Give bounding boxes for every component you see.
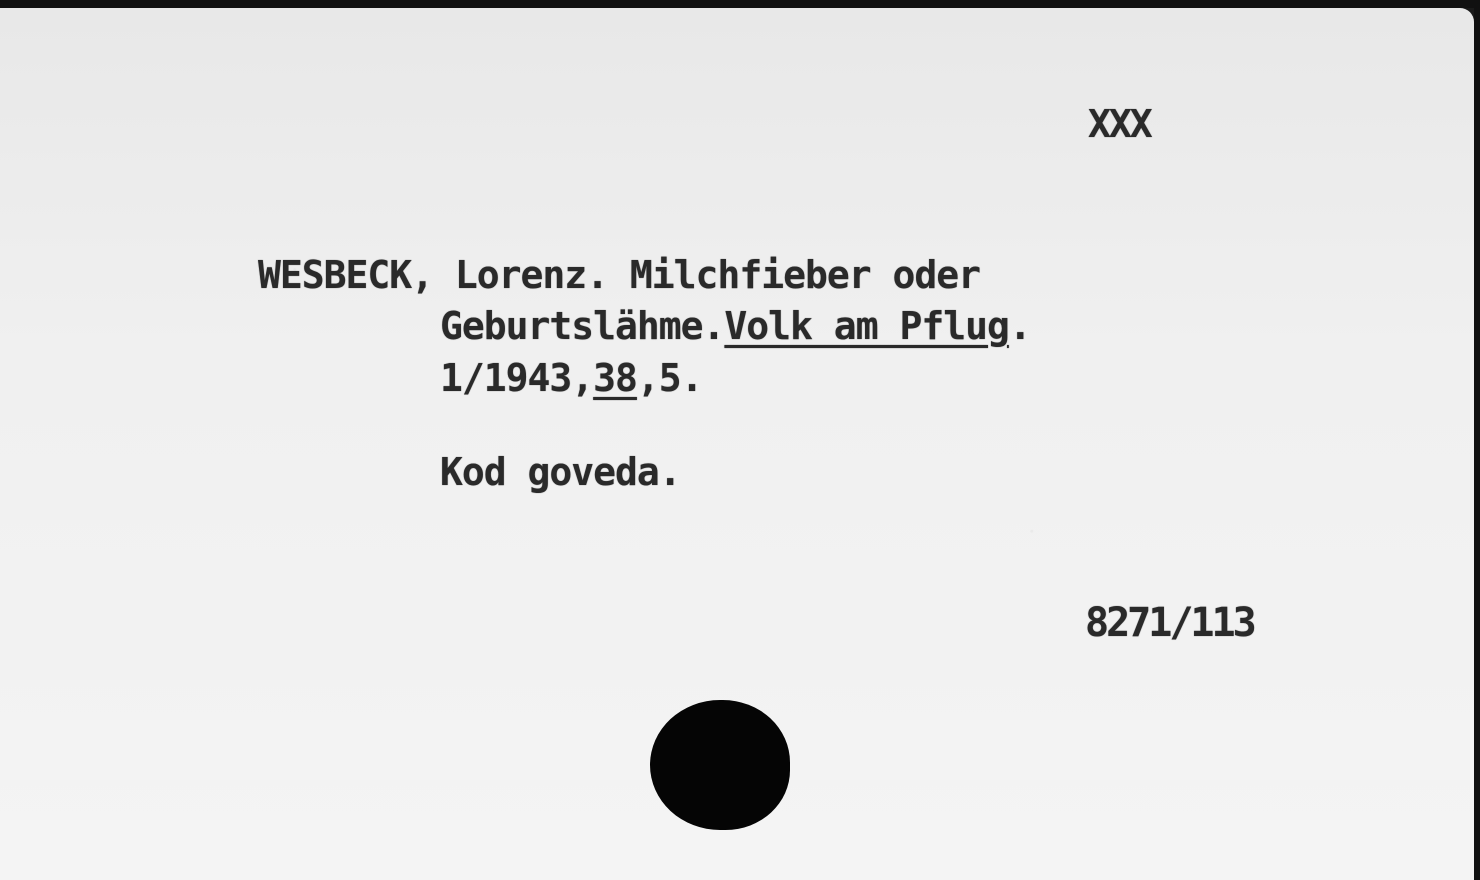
call-number: 8271/113 bbox=[1085, 600, 1254, 646]
source-end: . bbox=[1009, 304, 1031, 348]
citation-year: 1/1943, bbox=[440, 356, 593, 400]
scanner-border-top bbox=[0, 0, 1480, 8]
author-name: WESBECK, Lorenz. bbox=[258, 253, 608, 297]
entry-line-1: WESBECK, Lorenz. Milchfieber oder bbox=[258, 253, 980, 297]
citation-volume: 38 bbox=[593, 356, 637, 400]
entry-line-2: Geburtslähme.Volk am Pflug. bbox=[440, 304, 1031, 348]
entry-line-3: 1/1943,38,5. bbox=[440, 356, 703, 400]
subject-note: Kod goveda. bbox=[440, 450, 681, 494]
header-mark: XXX bbox=[1088, 102, 1151, 146]
scanner-border-right bbox=[1474, 0, 1480, 880]
title-part-1: Milchfieber oder bbox=[608, 253, 980, 297]
citation-page: ,5. bbox=[637, 356, 703, 400]
title-part-2: Geburtslähme. bbox=[440, 304, 724, 348]
punch-hole-icon bbox=[650, 700, 790, 830]
source-title: Volk am Pflug bbox=[724, 304, 1008, 348]
catalog-card: XXX WESBECK, Lorenz. Milchfieber oder Ge… bbox=[0, 8, 1474, 880]
